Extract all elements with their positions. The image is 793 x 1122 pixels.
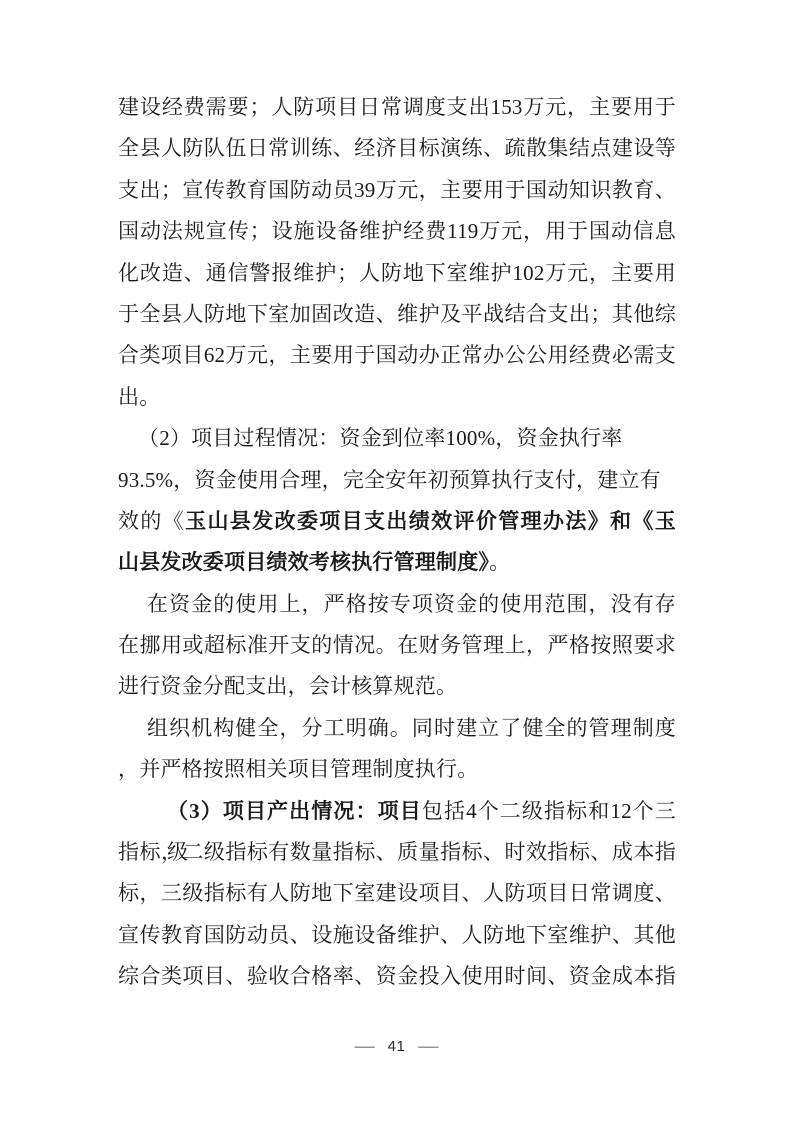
text-line: 全县人防队伍日常训练、经济目标演练、疏散集结点建设等	[118, 128, 676, 169]
footer-dash-left: —	[355, 1038, 375, 1054]
body-text: 进行资金分配支出，会计核算规范。	[118, 674, 457, 698]
text-line: 指标，二级指标有数量指标、质量指标、时效指标、成本指	[118, 832, 676, 873]
body-text: 全县人防队伍日常训练、经济目标演练、疏散集结点建设等	[118, 136, 676, 160]
body-text: 。	[489, 550, 510, 574]
body-text: 93.5%，资金使用合理，完全安年初预算执行支付，建立有	[118, 468, 661, 492]
text-line: ，并严格按照相关项目管理制度执行。	[118, 749, 676, 790]
body-text: 合类项目62万元，主要用于国动办正常办公公用经费必需支	[118, 343, 676, 367]
body-text: ，并严格按照相关项目管理制度执行。	[118, 757, 478, 781]
body-text: 综合类项目、验收合格率、资金投入使用时间、资金成本指	[118, 964, 676, 988]
text-line: 出。	[118, 377, 676, 418]
text-line: 标，三级指标有人防地下室建设项目、人防项目日常调度、	[118, 873, 676, 914]
body-text: 化改造、通信警报维护；人防地下室维护102万元，主要用	[118, 261, 676, 285]
text-line: 在挪用或超标准开支的情况。在财务管理上，严格按照要求	[118, 625, 676, 666]
body-text: 标，三级指标有人防地下室建设项目、人防项目日常调度、	[118, 881, 676, 905]
bold-text: （3）项目产出情况：项目	[167, 799, 422, 823]
text-line: 进行资金分配支出，会计核算规范。	[118, 666, 676, 707]
body-text: 宣传教育国防动员、设施设备维护、人防地下室维护、其他	[118, 923, 676, 947]
text-line: 于全县人防地下室加固改造、维护及平战结合支出；其他综	[118, 294, 676, 335]
body-text: 组织机构健全，分工明确。同时建立了健全的管理制度	[147, 716, 676, 740]
text-line: 效的《玉山县发改委项目支出绩效评价管理办法》和《玉	[118, 501, 676, 542]
text-line: 国动法规宣传；设施设备维护经费119万元，用于国动信息	[118, 211, 676, 252]
document-body: 建设经费需要；人防项目日常调度支出153万元，主要用于全县人防队伍日常训练、经济…	[118, 87, 676, 998]
body-text: 于全县人防地下室加固改造、维护及平战结合支出；其他综	[118, 302, 676, 326]
page-number: 41	[388, 1039, 406, 1054]
body-text: 指标，二级指标有数量指标、质量指标、时效指标、成本指	[118, 840, 676, 864]
text-line: 宣传教育国防动员、设施设备维护、人防地下室维护、其他	[118, 915, 676, 956]
text-line: （3）项目产出情况：项目包括4个二级指标和12个三级	[118, 791, 676, 832]
body-text: （2）项目过程情况：资金到位率100%，资金执行率	[138, 426, 623, 450]
body-text: 建设经费需要；人防项目日常调度支出153万元，主要用于	[118, 95, 676, 119]
bold-text: 玉山县发改委项目支出绩效评价管理办法》和《玉	[185, 509, 676, 533]
text-line: 组织机构健全，分工明确。同时建立了健全的管理制度	[118, 708, 676, 749]
footer-dash-right: —	[418, 1038, 438, 1054]
text-line: 93.5%，资金使用合理，完全安年初预算执行支付，建立有	[118, 460, 676, 501]
text-line: 合类项目62万元，主要用于国动办正常办公公用经费必需支	[118, 335, 676, 376]
text-line: 建设经费需要；人防项目日常调度支出153万元，主要用于	[118, 87, 676, 128]
text-line: 支出；宣传教育国防动员39万元，主要用于国动知识教育、	[118, 170, 676, 211]
body-text: 效的《	[118, 509, 185, 533]
body-text: 支出；宣传教育国防动员39万元，主要用于国动知识教育、	[118, 178, 676, 202]
body-text: 国动法规宣传；设施设备维护经费119万元，用于国动信息	[118, 219, 676, 243]
text-line: 化改造、通信警报维护；人防地下室维护102万元，主要用	[118, 253, 676, 294]
body-text: 在挪用或超标准开支的情况。在财务管理上，严格按照要求	[118, 633, 676, 657]
body-text: 出。	[118, 385, 160, 409]
bold-text: 山县发改委项目绩效考核执行管理制度》	[118, 550, 489, 574]
page-footer: — 41 —	[0, 1036, 793, 1056]
body-text: 在资金的使用上，严格按专项资金的使用范围，没有存	[147, 592, 676, 616]
text-line: 山县发改委项目绩效考核执行管理制度》。	[118, 542, 676, 583]
document-page: 建设经费需要；人防项目日常调度支出153万元，主要用于全县人防队伍日常训练、经济…	[0, 0, 793, 1122]
text-line: 在资金的使用上，严格按专项资金的使用范围，没有存	[118, 584, 676, 625]
text-line: （2）项目过程情况：资金到位率100%，资金执行率	[118, 418, 676, 459]
text-line: 综合类项目、验收合格率、资金投入使用时间、资金成本指	[118, 956, 676, 997]
